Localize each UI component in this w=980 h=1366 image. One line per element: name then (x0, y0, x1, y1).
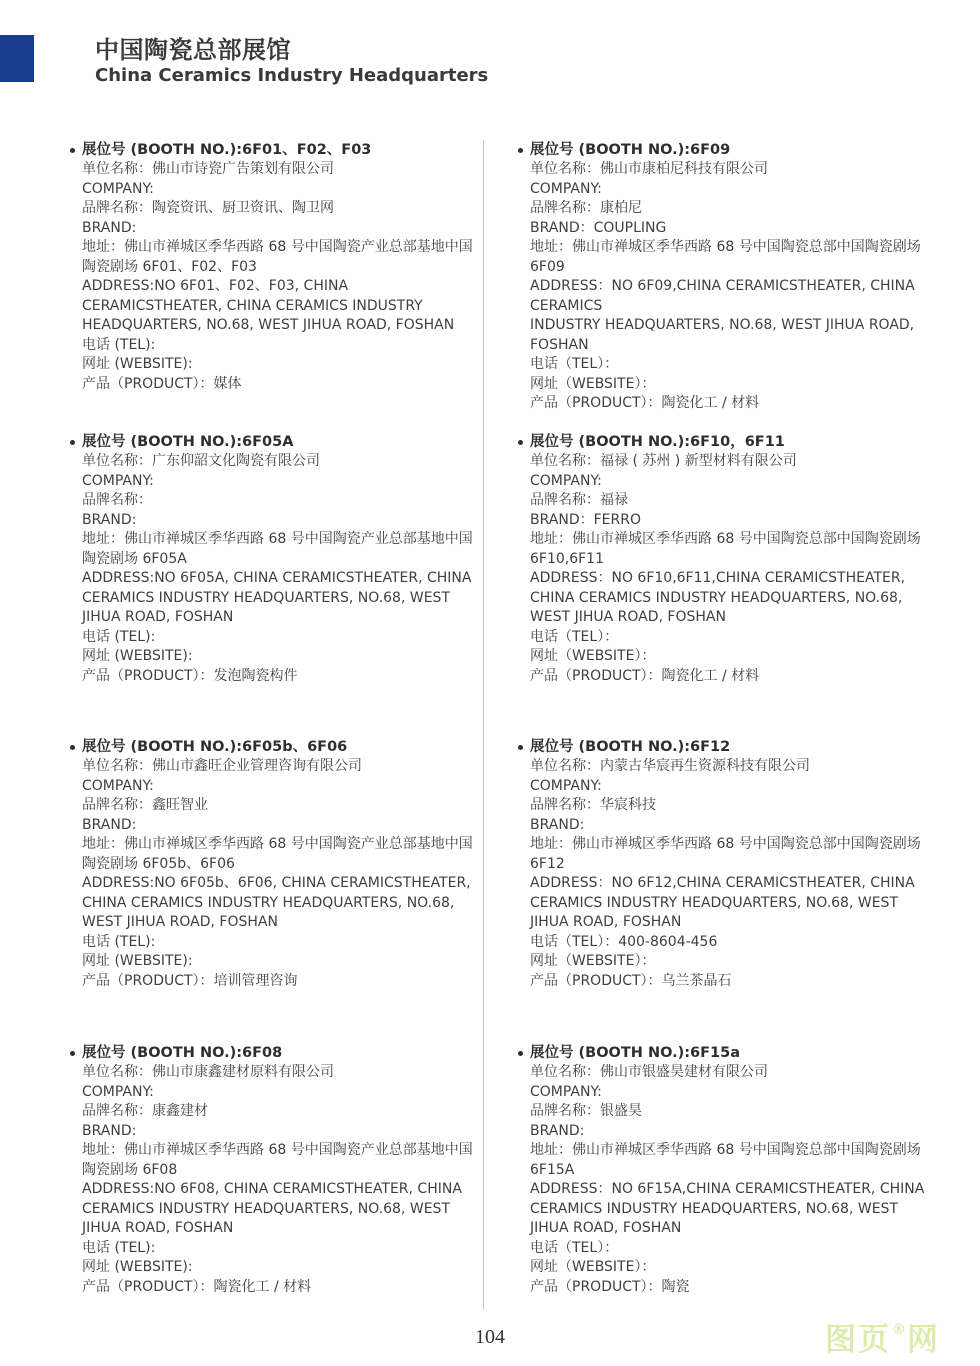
booth-line: 单位名称：内蒙古华宸再生资源科技有限公司 (530, 757, 941, 777)
booth-line: 电话（TEL）： (530, 628, 941, 648)
booth-line: 单位名称：佛山市康鑫建材原料有限公司 (82, 1063, 483, 1083)
booth-line: BRAND: (530, 1122, 941, 1142)
booth-line: 电话 (TEL): (82, 933, 483, 953)
booth-line: 产品（PRODUCT）：陶瓷化工 / 材料 (530, 667, 941, 687)
booth-line: 单位名称：广东仰韶文化陶瓷有限公司 (82, 452, 483, 472)
booth-line: 品牌名称： (82, 491, 483, 511)
booth-line: COMPANY: (530, 777, 941, 797)
booth-number: 展位号 (BOOTH NO.):6F15a (530, 1043, 941, 1063)
booth-line: 网址 (WEBSITE): (82, 1258, 483, 1278)
watermark-text-left: 图页 (825, 1322, 891, 1358)
booth-number: 展位号 (BOOTH NO.):6F10，6F11 (530, 432, 941, 452)
booth-line: 品牌名称：华宸科技 (530, 796, 941, 816)
booth-line: 产品（PRODUCT）：发泡陶瓷构件 (82, 667, 483, 687)
booth-line: 单位名称：佛山市银盛昊建材有限公司 (530, 1063, 941, 1083)
booth-line: 地址：佛山市禅城区季华西路 68 号中国陶瓷总部中国陶瓷剧场 6F12 (530, 835, 941, 874)
booth-line: 品牌名称：银盛昊 (530, 1102, 941, 1122)
watermark-logo: 图页®网 (825, 1313, 940, 1357)
page-title: 中国陶瓷总部展馆 (95, 36, 488, 64)
booth-line: 地址：佛山市禅城区季华西路 68 号中国陶瓷产业总部基地中国陶瓷剧场 6F05b… (82, 835, 483, 874)
booth-line: BRAND: (82, 219, 483, 239)
booth-line: BRAND：FERRO (530, 511, 941, 531)
booth-line: ADDRESS:NO 6F05b、6F06, CHINA CERAMICSTHE… (82, 874, 483, 933)
booth-details: 单位名称：佛山市诗瓷广告策划有限公司COMPANY:品牌名称：陶瓷资讯、厨卫资讯… (82, 160, 483, 394)
booth-line: ADDRESS:NO 6F05A, CHINA CERAMICSTHEATER,… (82, 569, 483, 628)
booth-line: 地址：佛山市禅城区季华西路 68 号中国陶瓷总部中国陶瓷剧场 6F10,6F11 (530, 530, 941, 569)
booth-line: 单位名称：佛山市诗瓷广告策划有限公司 (82, 160, 483, 180)
booth-line: COMPANY: (82, 777, 483, 797)
page-subtitle: China Ceramics Industry Headquarters (95, 65, 488, 87)
booth-line: 产品（PRODUCT）：乌兰茶晶石 (530, 972, 941, 992)
booth-line: 品牌名称：陶瓷资讯、厨卫资讯、陶卫网 (82, 199, 483, 219)
booth-line: ADDRESS：NO 6F09,CHINA CERAMICSTHEATER, C… (530, 277, 941, 355)
booth-entry: 展位号 (BOOTH NO.):6F09 单位名称：佛山市康柏尼科技有限公司CO… (530, 140, 941, 432)
booth-line: 电话 (TEL): (82, 628, 483, 648)
booth-line: 地址：佛山市禅城区季华西路 68 号中国陶瓷产业总部基地中国陶瓷剧场 6F08 (82, 1141, 483, 1180)
booth-line: 地址：佛山市禅城区季华西路 68 号中国陶瓷产业总部基地中国陶瓷剧场 6F05A (82, 530, 483, 569)
booth-line: COMPANY: (530, 1083, 941, 1103)
booth-line: 网址（WEBSITE）： (530, 647, 941, 667)
page-header: 中国陶瓷总部展馆 China Ceramics Industry Headqua… (95, 36, 488, 87)
booth-line: ADDRESS:NO 6F01、F02、F03, CHINA CERAMICST… (82, 277, 483, 336)
booth-line: 电话 (TEL): (82, 336, 483, 356)
booth-entry: 展位号 (BOOTH NO.):6F05b、6F06 单位名称：佛山市鑫旺企业管… (82, 737, 483, 1043)
booth-line: 网址（WEBSITE）： (530, 375, 941, 395)
booth-line: 地址：佛山市禅城区季华西路 68 号中国陶瓷总部中国陶瓷剧场 6F15A (530, 1141, 941, 1180)
booth-line: COMPANY: (82, 1083, 483, 1103)
booth-line: BRAND: (82, 816, 483, 836)
booth-entry: 展位号 (BOOTH NO.):6F08 单位名称：佛山市康鑫建材原料有限公司C… (82, 1043, 483, 1297)
booth-line: 网址 (WEBSITE): (82, 952, 483, 972)
booth-line: BRAND: (82, 511, 483, 531)
booth-line: BRAND: (530, 816, 941, 836)
booth-line: 品牌名称：康鑫建材 (82, 1102, 483, 1122)
booth-details: 单位名称：广东仰韶文化陶瓷有限公司COMPANY:品牌名称：BRAND:地址：佛… (82, 452, 483, 686)
booth-line: 网址（WEBSITE）： (530, 1258, 941, 1278)
booth-line: COMPANY: (82, 472, 483, 492)
booth-entry: 展位号 (BOOTH NO.):6F01、F02、F03 单位名称：佛山市诗瓷广… (82, 140, 483, 432)
booth-details: 单位名称：内蒙古华宸再生资源科技有限公司COMPANY:品牌名称：华宸科技BRA… (530, 757, 941, 991)
booth-line: 品牌名称：福禄 (530, 491, 941, 511)
booth-line: ADDRESS：NO 6F10,6F11,CHINA CERAMICSTHEAT… (530, 569, 941, 628)
booth-number: 展位号 (BOOTH NO.):6F01、F02、F03 (82, 140, 483, 160)
catalog-page: 中国陶瓷总部展馆 China Ceramics Industry Headqua… (0, 0, 980, 1366)
booth-line: 地址：佛山市禅城区季华西路 68 号中国陶瓷产业总部基地中国陶瓷剧场 6F01、… (82, 238, 483, 277)
booth-line: 品牌名称：鑫旺智业 (82, 796, 483, 816)
booth-entry: 展位号 (BOOTH NO.):6F10，6F11 单位名称：福禄 ( 苏州 )… (530, 432, 941, 737)
booth-line: 单位名称：佛山市鑫旺企业管理咨询有限公司 (82, 757, 483, 777)
booth-line: 产品（PRODUCT）：陶瓷化工 / 材料 (530, 394, 941, 414)
booth-line: 产品（PRODUCT）：陶瓷化工 / 材料 (82, 1278, 483, 1298)
booth-details: 单位名称：福禄 ( 苏州 ) 新型材料有限公司COMPANY:品牌名称：福禄BR… (530, 452, 941, 686)
booth-entry: 展位号 (BOOTH NO.):6F15a 单位名称：佛山市银盛昊建材有限公司C… (530, 1043, 941, 1297)
booth-line: ADDRESS：NO 6F12,CHINA CERAMICSTHEATER, C… (530, 874, 941, 933)
booth-line: COMPANY: (530, 472, 941, 492)
booth-details: 单位名称：佛山市鑫旺企业管理咨询有限公司COMPANY:品牌名称：鑫旺智业BRA… (82, 757, 483, 991)
booth-line: ADDRESS：NO 6F15A,CHINA CERAMICSTHEATER, … (530, 1180, 941, 1239)
booth-line: 地址：佛山市禅城区季华西路 68 号中国陶瓷总部中国陶瓷剧场 6F09 (530, 238, 941, 277)
booth-line: BRAND: (82, 1122, 483, 1142)
booth-line: 产品（PRODUCT）：培训管理咨询 (82, 972, 483, 992)
booth-line: 单位名称：福禄 ( 苏州 ) 新型材料有限公司 (530, 452, 941, 472)
blue-square-logo (0, 35, 34, 82)
registered-trademark-icon: ® (892, 1322, 906, 1338)
booth-entry: 展位号 (BOOTH NO.):6F12 单位名称：内蒙古华宸再生资源科技有限公… (530, 737, 941, 1043)
booth-details: 单位名称：佛山市康柏尼科技有限公司COMPANY:品牌名称：康柏尼BRAND：C… (530, 160, 941, 414)
booth-number: 展位号 (BOOTH NO.):6F05A (82, 432, 483, 452)
booth-number: 展位号 (BOOTH NO.):6F05b、6F06 (82, 737, 483, 757)
booth-line: BRAND：COUPLING (530, 219, 941, 239)
watermark-text-right: 网 (907, 1322, 940, 1358)
booth-grid: 展位号 (BOOTH NO.):6F01、F02、F03 单位名称：佛山市诗瓷广… (82, 140, 942, 1297)
booth-line: 品牌名称：康柏尼 (530, 199, 941, 219)
content-area: 展位号 (BOOTH NO.):6F01、F02、F03 单位名称：佛山市诗瓷广… (82, 140, 942, 1297)
booth-line: 网址 (WEBSITE): (82, 647, 483, 667)
booth-number: 展位号 (BOOTH NO.):6F08 (82, 1043, 483, 1063)
booth-line: 单位名称：佛山市康柏尼科技有限公司 (530, 160, 941, 180)
booth-line: 产品（PRODUCT）：媒体 (82, 375, 483, 395)
booth-line: 电话（TEL）：400-8604-456 (530, 933, 941, 953)
booth-line: ADDRESS:NO 6F08, CHINA CERAMICSTHEATER, … (82, 1180, 483, 1239)
booth-line: COMPANY: (82, 180, 483, 200)
booth-line: 电话（TEL）： (530, 1239, 941, 1259)
booth-line: COMPANY: (530, 180, 941, 200)
booth-line: 电话（TEL）： (530, 355, 941, 375)
booth-line: 网址（WEBSITE）： (530, 952, 941, 972)
booth-line: 产品（PRODUCT）：陶瓷 (530, 1278, 941, 1298)
booth-line: 网址 (WEBSITE): (82, 355, 483, 375)
booth-line: 电话 (TEL): (82, 1239, 483, 1259)
booth-entry: 展位号 (BOOTH NO.):6F05A 单位名称：广东仰韶文化陶瓷有限公司C… (82, 432, 483, 737)
booth-details: 单位名称：佛山市银盛昊建材有限公司COMPANY:品牌名称：银盛昊BRAND:地… (530, 1063, 941, 1297)
booth-details: 单位名称：佛山市康鑫建材原料有限公司COMPANY:品牌名称：康鑫建材BRAND… (82, 1063, 483, 1297)
booth-number: 展位号 (BOOTH NO.):6F09 (530, 140, 941, 160)
booth-number: 展位号 (BOOTH NO.):6F12 (530, 737, 941, 757)
